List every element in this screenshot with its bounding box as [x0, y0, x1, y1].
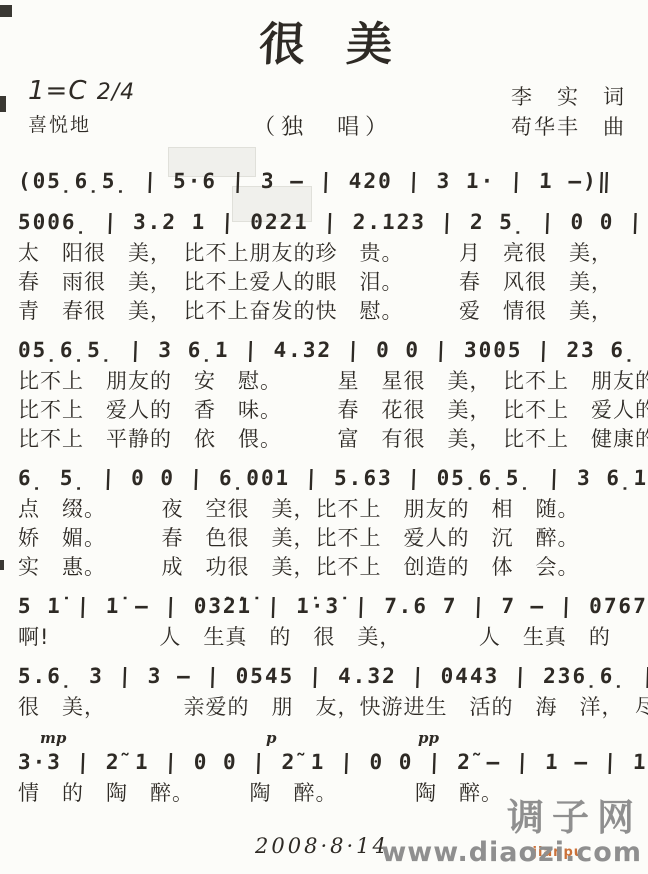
tempo-mood-marking: 喜悦地 — [28, 110, 135, 137]
notation-line: 3·3 | 2̃ 1 | 0 0 | 2̃ 1 | 0 0 | 2̃ — | 1… — [17, 745, 634, 779]
subtitle-solo: （独 唱） — [253, 110, 393, 141]
music-system-4: 6̣ 5̣ | 0 0 | 6̣001 | 5.63 | 05̣6̣5̣ | 3… — [18, 461, 634, 582]
notation-line: 05̣6̣5̣ | 3 6̣1 | 4.32 | 0 0 | 3005 | 23… — [17, 333, 634, 367]
key-block: 1=C 2/4 喜悦地 — [18, 76, 135, 137]
time-signature: 2/4 — [97, 80, 135, 105]
sheet-music-page: 很美 1=C 2/4 喜悦地 （独 唱） 李 实 词 苟华丰 曲 (05̣6̣5… — [0, 0, 648, 874]
lyrics-line: 很 美， 亲爱的 朋 友，快游进生 活的 海 洋， 尽 — [18, 693, 634, 722]
key-signature: 1=C — [28, 76, 87, 106]
lyrics-line-verse2: 娇 媚。 春 色很 美，比不上 爱人的 沉 醉。 — [18, 524, 634, 553]
composition-date: 2008·8·14. — [255, 834, 399, 858]
lyrics-line-verse3: 青 春很 美， 比不上奋发的快 慰。 爱 情很 美， — [18, 297, 634, 326]
score-body: (05̣6̣5̣ | 5·6 | 3 — | 420 | 3 1· | 1 —)… — [18, 164, 634, 808]
lyrics-line-verse1: 点 缀。 夜 空很 美，比不上 朋友的 相 随。 — [18, 495, 634, 524]
song-title: 很美 — [16, 8, 635, 74]
lyrics-line-verse3: 比不上 平静的 依 偎。 富 有很 美， 比不上 健康的 — [18, 425, 634, 454]
music-system-6: 5.6̣ 3 | 3 — | 0545 | 4.32 | 0443 | 236̣… — [18, 659, 634, 722]
lyrics-line-verse3: 实 惠。 成 功很 美，比不上 创造的 体 会。 — [18, 553, 634, 582]
lyrics-line: 啊! 人 生真 的 很 美， 人 生真 的 — [18, 623, 634, 652]
scan-smudge — [0, 560, 4, 570]
music-system-3: 05̣6̣5̣ | 3 6̣1 | 4.32 | 0 0 | 3005 | 23… — [18, 333, 634, 454]
lyrics-line-verse2: 比不上 爱人的 香 味。 春 花很 美， 比不上 爱人的 — [18, 396, 634, 425]
notation-line: 6̣ 5̣ | 0 0 | 6̣001 | 5.63 | 05̣6̣5̣ | 3… — [17, 461, 634, 495]
watermark: 调子网 www.diaozi.com jianpu — [381, 798, 642, 868]
dynamics-row: mp p pp — [18, 729, 634, 745]
watermark-site-name: 调子网 — [381, 798, 642, 838]
lyricist-credit: 李 实 词 — [511, 82, 626, 112]
notation-line: 5.6̣ 3 | 3 — | 0545 | 4.32 | 0443 | 236̣… — [17, 659, 634, 693]
lyrics-line-verse1: 太 阳很 美， 比不上朋友的珍 贵。 月 亮很 美， — [18, 239, 634, 268]
music-system-intro: (05̣6̣5̣ | 5·6 | 3 — | 420 | 3 1· | 1 —)… — [18, 164, 634, 198]
watermark-url: www.diaozi.com — [381, 838, 642, 868]
composer-credit: 苟华丰 曲 — [511, 112, 626, 142]
key-time-signature: 1=C 2/4 — [28, 76, 135, 106]
notation-line: 5 1̇ | 1̇ — | 03̇2̇1̇ | 1̇·3̇ | 7.6 7 | … — [17, 589, 634, 623]
music-system-5: 5 1̇ | 1̇ — | 03̇2̇1̇ | 1̇·3̇ | 7.6 7 | … — [18, 589, 634, 652]
scan-smudge — [0, 96, 6, 112]
lyrics-line-verse2: 春 雨很 美， 比不上爱人的眼 泪。 春 风很 美， — [18, 268, 634, 297]
notation-line: (05̣6̣5̣ | 5·6 | 3 — | 420 | 3 1· | 1 —)… — [17, 164, 634, 198]
music-system-2: 5006̣ | 3.2 1 | 0221 | 2.123 | 2 5̣ | 0 … — [18, 205, 634, 326]
scan-smudge — [0, 5, 12, 17]
notation-line: 5006̣ | 3.2 1 | 0221 | 2.123 | 2 5̣ | 0 … — [17, 205, 634, 239]
credits: 李 实 词 苟华丰 曲 — [511, 82, 634, 142]
lyrics-line-verse1: 比不上 朋友的 安 慰。 星 星很 美， 比不上 朋友的 — [18, 367, 634, 396]
header-meta-row: 1=C 2/4 喜悦地 （独 唱） 李 实 词 苟华丰 曲 — [18, 76, 634, 162]
